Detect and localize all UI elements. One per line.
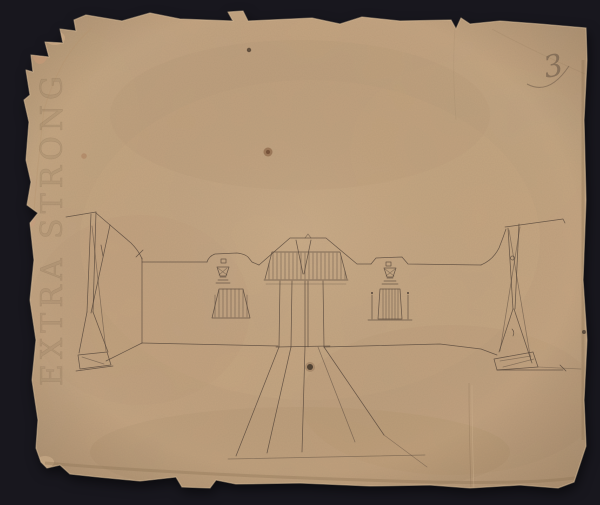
- paper-texture: [0, 0, 600, 505]
- scanned-drawing-canvas: EXTRA STRONG: [0, 0, 600, 505]
- stain-spot: [81, 153, 87, 159]
- stain-spot: [266, 150, 270, 154]
- stain-spot: [307, 364, 313, 370]
- watermark-text: EXTRA STRONG: [35, 71, 70, 386]
- scanned-photo: EXTRA STRONG: [0, 0, 600, 505]
- stain-spot: [582, 330, 586, 334]
- stain-spot: [247, 48, 251, 52]
